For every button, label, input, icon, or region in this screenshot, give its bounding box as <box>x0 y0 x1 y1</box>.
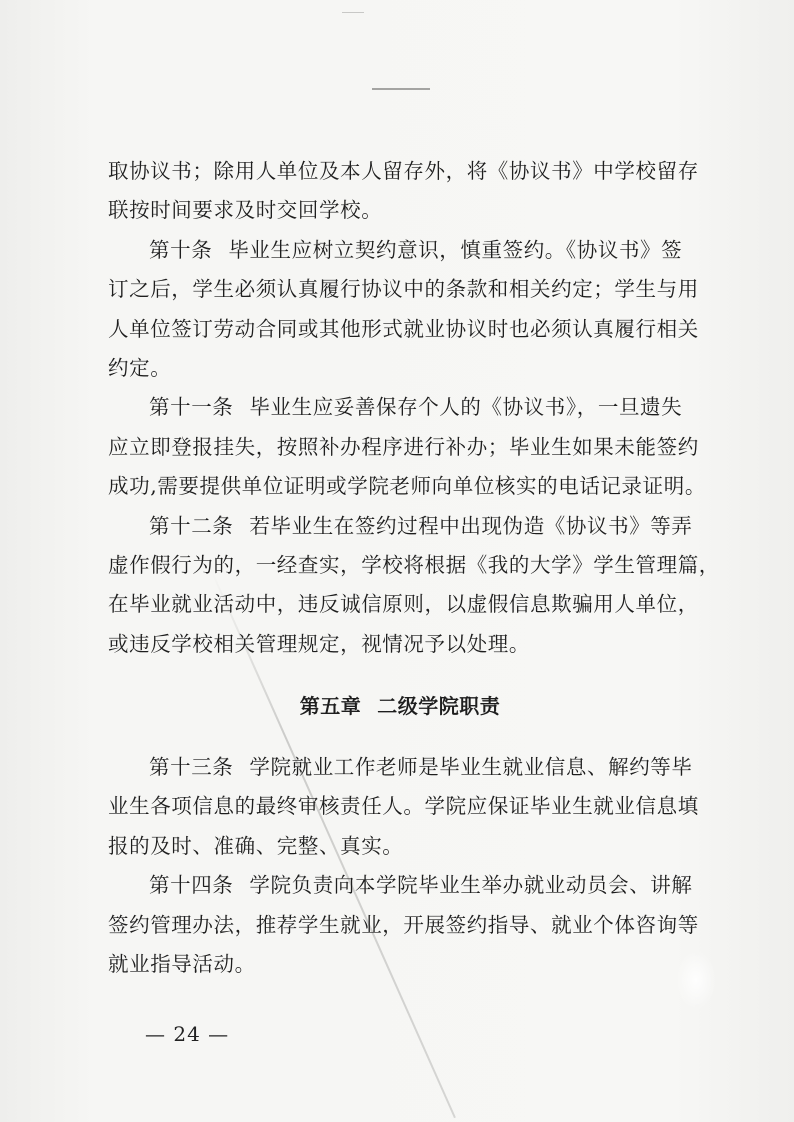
article-10: 第十条毕业生应树立契约意识，慎重签约。《协议书》签 订之后，学生必须认真履行协议… <box>108 231 692 389</box>
text-line: 取协议书；除用人单位及本人留存外，将《协议书》中学校留存 <box>108 152 692 191</box>
article-number: 第十四条 <box>149 873 233 897</box>
chapter-number: 第五章 <box>300 694 362 718</box>
text-line: 应立即登报挂失，按照补办程序进行补办；毕业生如果未能签约 <box>108 428 692 467</box>
document-page: 取协议书；除用人单位及本人留存外，将《协议书》中学校留存 联按时间要求及时交回学… <box>0 0 794 1122</box>
text-line: 第十四条学院负责向本学院毕业生举办就业动员会、讲解 <box>108 866 692 905</box>
text-line: 报的及时、准确、完整、真实。 <box>108 827 692 866</box>
chapter-title: 二级学院职责 <box>377 694 500 718</box>
text-line: 订之后，学生必须认真履行协议中的条款和相关约定；学生与用 <box>108 270 692 309</box>
text-line: 第十二条若毕业生在签约过程中出现伪造《协议书》等弄 <box>108 507 692 546</box>
text-line: 成功,需要提供单位证明或学院老师向单位核实的电话记录证明。 <box>108 467 692 506</box>
text-line: 第十条毕业生应树立契约意识，慎重签约。《协议书》签 <box>108 231 692 270</box>
article-text: 若毕业生在签约过程中出现伪造《协议书》等弄 <box>249 514 692 538</box>
chapter-heading: 第五章二级学院职责 <box>108 686 692 726</box>
paragraph-continuation: 取协议书；除用人单位及本人留存外，将《协议书》中学校留存 联按时间要求及时交回学… <box>108 152 692 231</box>
text-line: 签约管理办法，推荐学生就业，开展签约指导、就业个体咨询等 <box>108 906 692 945</box>
text-line: 在毕业就业活动中，违反诚信原则，以虚假信息欺骗用人单位， <box>108 585 692 624</box>
article-text: 学院负责向本学院毕业生举办就业动员会、讲解 <box>249 873 692 897</box>
article-13: 第十三条学院就业工作老师是毕业生就业信息、解约等毕 业生各项信息的最终审核责任人… <box>108 748 692 866</box>
text-line: 人单位签订劳动合同或其他形式就业协议时也必须认真履行相关 <box>108 310 692 349</box>
text-line: 第十三条学院就业工作老师是毕业生就业信息、解约等毕 <box>108 748 692 787</box>
text-line: 联按时间要求及时交回学校。 <box>108 191 692 230</box>
article-14: 第十四条学院负责向本学院毕业生举办就业动员会、讲解 签约管理办法，推荐学生就业，… <box>108 866 692 984</box>
article-number: 第十条 <box>149 238 212 262</box>
text-line: 就业指导活动。 <box>108 945 692 984</box>
page-number: — 24 — <box>145 1022 229 1046</box>
article-11: 第十一条毕业生应妥善保存个人的《协议书》，一旦遗失 应立即登报挂失，按照补办程序… <box>108 388 692 506</box>
article-text: 学院就业工作老师是毕业生就业信息、解约等毕 <box>249 755 692 779</box>
article-12: 第十二条若毕业生在签约过程中出现伪造《协议书》等弄 虚作假行为的，一经查实，学校… <box>108 507 692 665</box>
document-body: 取协议书；除用人单位及本人留存外，将《协议书》中学校留存 联按时间要求及时交回学… <box>108 152 692 984</box>
article-text: 毕业生应妥善保存个人的《协议书》，一旦遗失 <box>249 395 682 419</box>
article-text: 毕业生应树立契约意识，慎重签约。《协议书》签 <box>228 238 682 262</box>
article-number: 第十一条 <box>149 395 233 419</box>
text-line: 或违反学校相关管理规定，视情况予以处理。 <box>108 625 692 664</box>
text-line: 虚作假行为的，一经查实，学校将根据《我的大学》学生管理篇， <box>108 546 692 585</box>
text-line: 第十一条毕业生应妥善保存个人的《协议书》，一旦遗失 <box>108 388 692 427</box>
text-line: 业生各项信息的最终审核责任人。学院应保证毕业生就业信息填 <box>108 787 692 826</box>
scan-mark <box>342 12 364 13</box>
header-rule <box>372 88 430 90</box>
article-number: 第十二条 <box>149 514 233 538</box>
article-number: 第十三条 <box>149 755 233 779</box>
text-line: 约定。 <box>108 349 692 388</box>
